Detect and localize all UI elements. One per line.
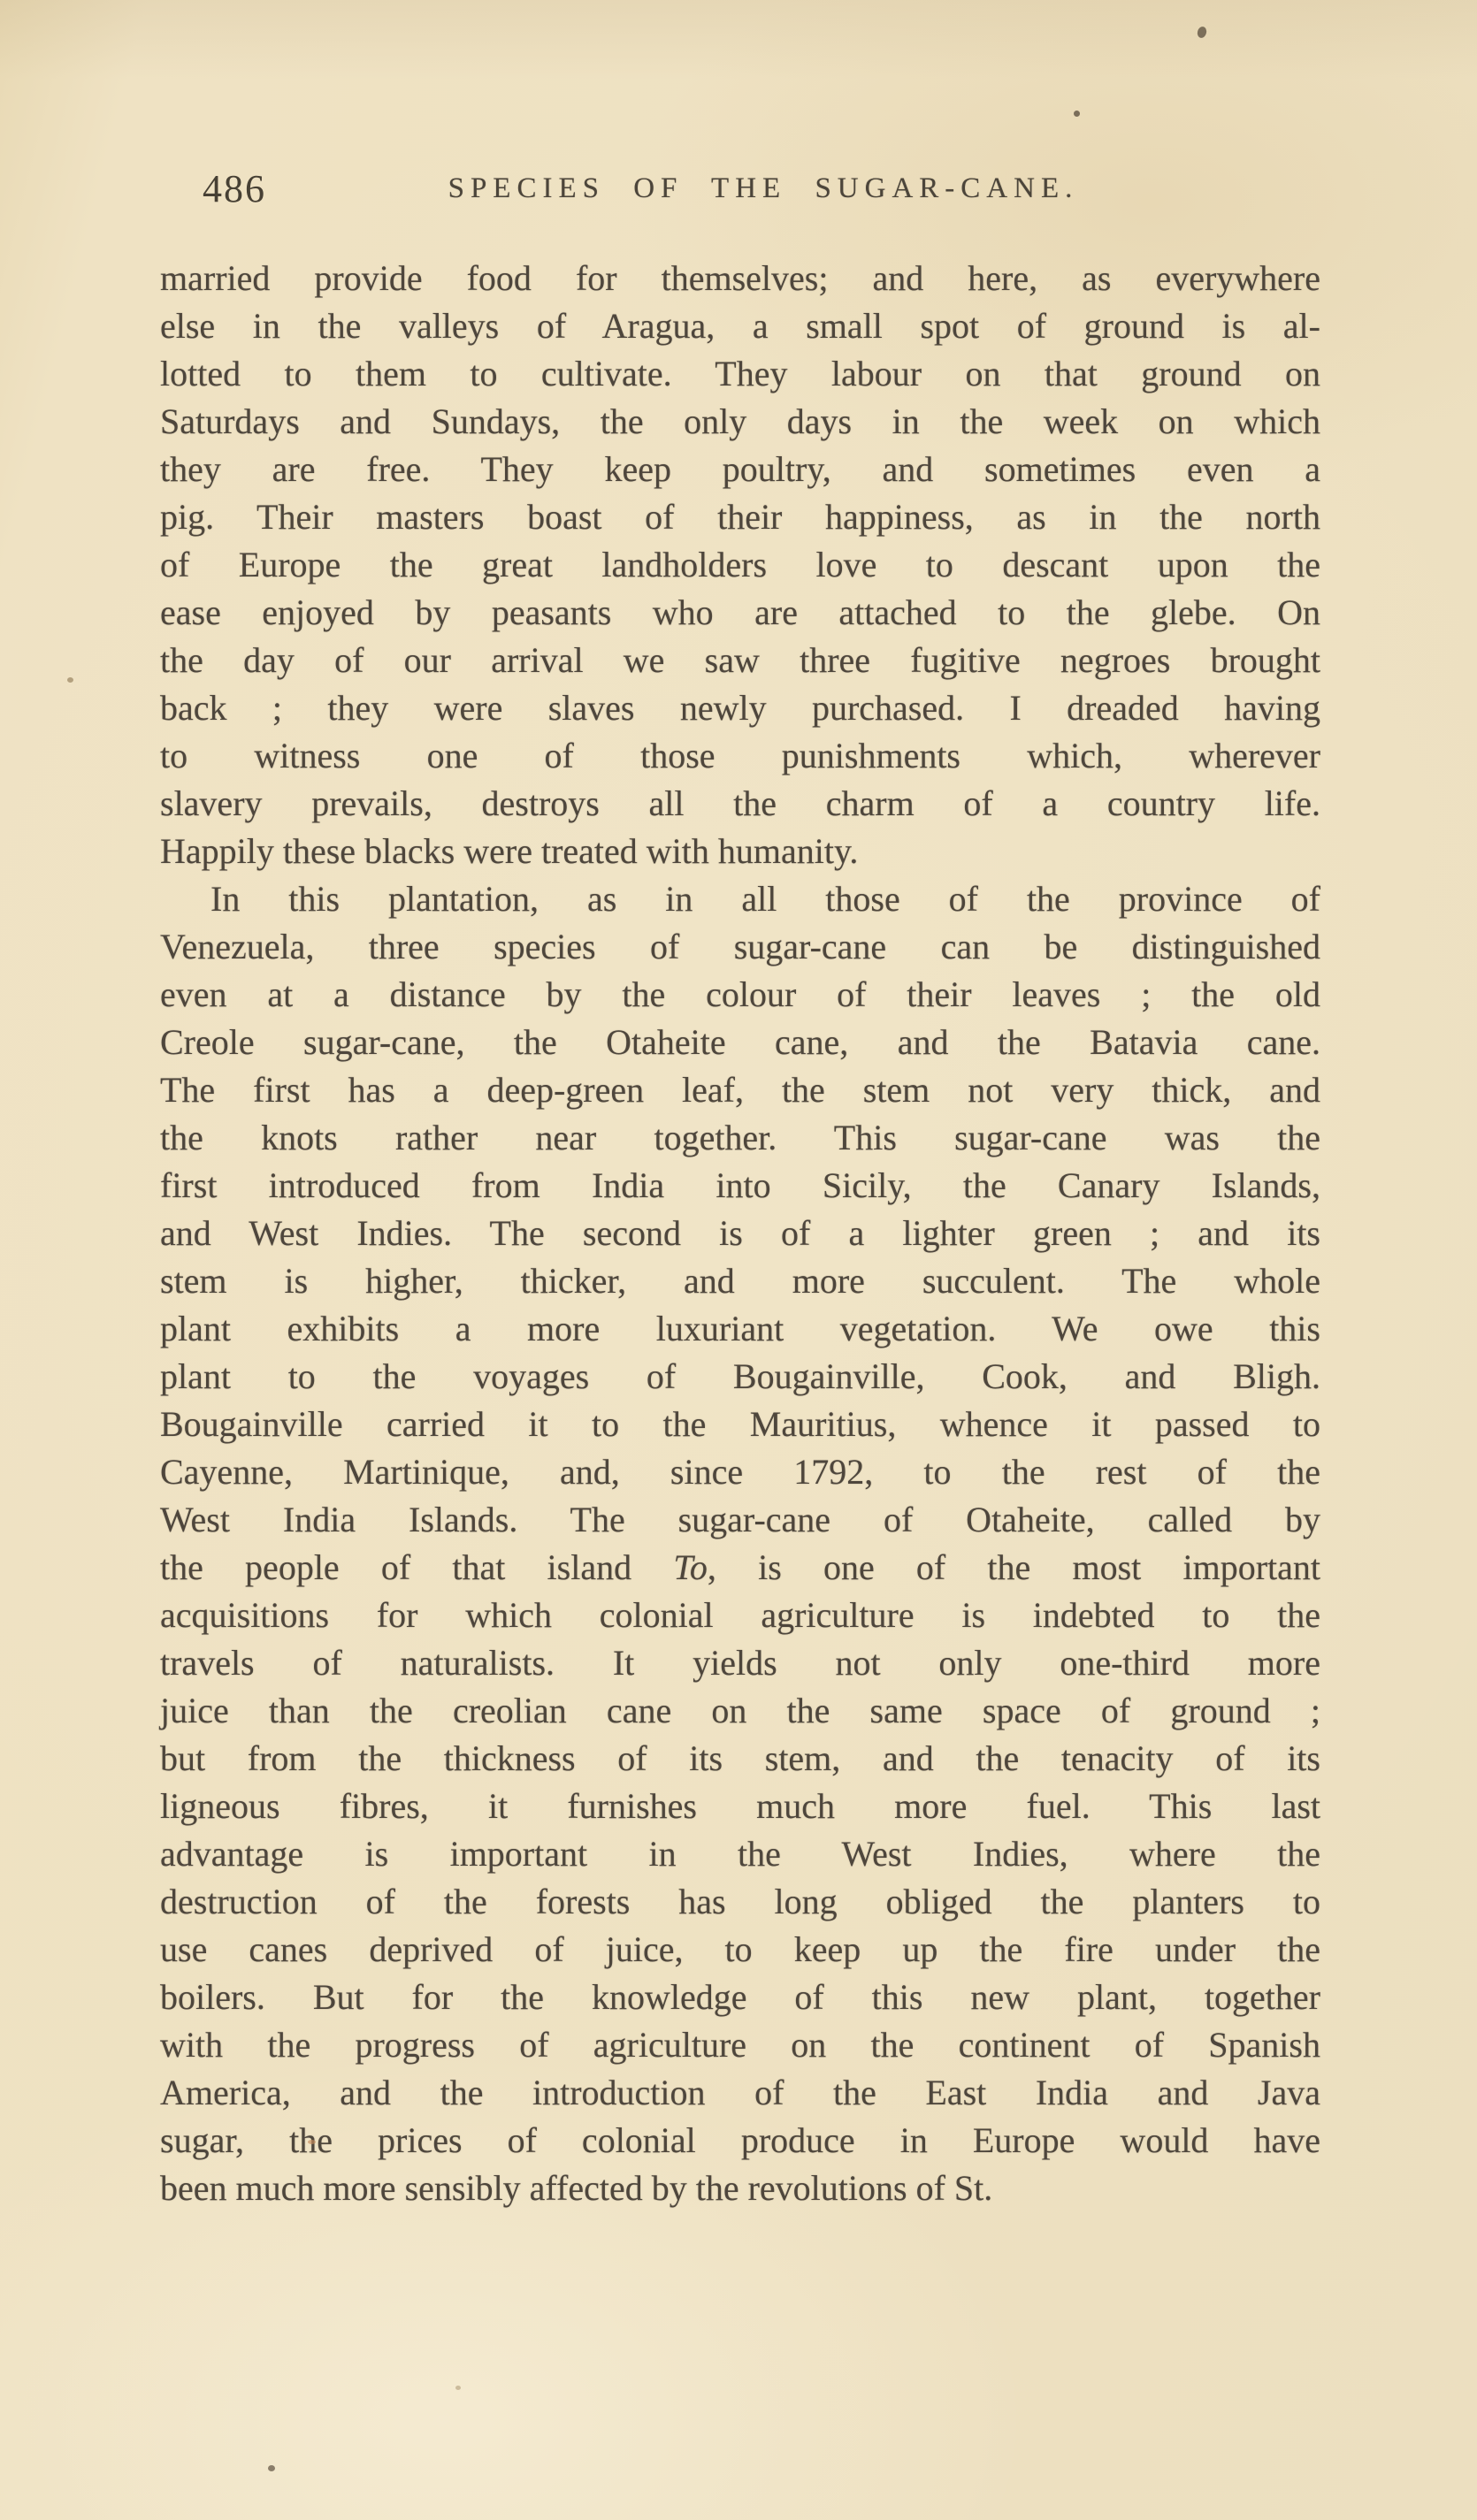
italic-word: To: [673, 1547, 708, 1587]
text-line: America, and the introduction of the Eas…: [160, 2069, 1320, 2117]
text-line: boilers. But for the knowledge of this n…: [160, 1974, 1320, 2021]
paper-speck: [268, 2465, 275, 2471]
text-line: Happily these blacks were treated with h…: [160, 828, 1320, 875]
paragraph: In this plantation, as in all those of t…: [160, 875, 1320, 2212]
text-line: married provide food for themselves; and…: [160, 255, 1320, 302]
text-line: acquisitions for which colonial agricult…: [160, 1592, 1320, 1639]
book-page: 486 SPECIES OF THE SUGAR-CANE. married p…: [0, 0, 1477, 2520]
text-line: Venezuela, three species of sugar-cane c…: [160, 923, 1320, 971]
paper-speck: [455, 2386, 461, 2390]
text-line: West India Islands. The sugar-cane of Ot…: [160, 1496, 1320, 1544]
text-line: travels of naturalists. It yields not on…: [160, 1639, 1320, 1687]
text-line: plant to the voyages of Bougainville, Co…: [160, 1353, 1320, 1401]
paper-speck: [67, 677, 73, 683]
text-line: first introduced from India into Sicily,…: [160, 1162, 1320, 1210]
text-line: to witness one of those punishments whic…: [160, 732, 1320, 780]
text-line: the people of that island To, is one of …: [160, 1544, 1320, 1592]
text-line: plant exhibits a more luxuriant vegetati…: [160, 1305, 1320, 1353]
text-line: they are free. They keep poultry, and so…: [160, 446, 1320, 493]
text-line: even at a distance by the colour of thei…: [160, 971, 1320, 1019]
text-line: Bougainville carried it to the Mauritius…: [160, 1401, 1320, 1448]
paper-speck: [1074, 111, 1080, 117]
text-block: married provide food for themselves; and…: [160, 255, 1320, 2212]
text-line: juice than the creolian cane on the same…: [160, 1687, 1320, 1735]
text-line: ease enjoyed by peasants who are attache…: [160, 589, 1320, 637]
running-header: SPECIES OF THE SUGAR-CANE.: [160, 172, 1320, 205]
paragraph: married provide food for themselves; and…: [160, 255, 1320, 875]
text-line: else in the valleys of Aragua, a small s…: [160, 302, 1320, 350]
text-line: slavery prevails, destroys all the charm…: [160, 780, 1320, 828]
text-line: and West Indies. The second is of a ligh…: [160, 1210, 1320, 1257]
text-line: back ; they were slaves newly purchased.…: [160, 684, 1320, 732]
text-line: pig. Their masters boast of their happin…: [160, 493, 1320, 541]
text-line: the day of our arrival we saw three fugi…: [160, 637, 1320, 684]
text-line: destruction of the forests has long obli…: [160, 1878, 1320, 1926]
text-line: stem is higher, thicker, and more succul…: [160, 1257, 1320, 1305]
text-line: Cayenne, Martinique, and, since 1792, to…: [160, 1448, 1320, 1496]
text-line: sugar, the prices of colonial produce in…: [160, 2117, 1320, 2165]
text-line: In this plantation, as in all those of t…: [160, 875, 1320, 923]
page-header: 486 SPECIES OF THE SUGAR-CANE.: [160, 166, 1320, 219]
text-line: the knots rather near together. This sug…: [160, 1114, 1320, 1162]
text-line: but from the thickness of its stem, and …: [160, 1735, 1320, 1783]
text-line: with the progress of agriculture on the …: [160, 2021, 1320, 2069]
text-line: ligneous fibres, it furnishes much more …: [160, 1783, 1320, 1830]
text-line: use canes deprived of juice, to keep up …: [160, 1926, 1320, 1974]
text-line: Creole sugar-cane, the Otaheite cane, an…: [160, 1019, 1320, 1066]
text-line: The first has a deep-green leaf, the ste…: [160, 1066, 1320, 1114]
text-line: advantage is important in the West Indie…: [160, 1830, 1320, 1878]
text-line: been much more sensibly affected by the …: [160, 2165, 1320, 2212]
paper-speck: [1196, 26, 1207, 39]
text-line: Saturdays and Sundays, the only days in …: [160, 398, 1320, 446]
text-line: lotted to them to cultivate. They labour…: [160, 350, 1320, 398]
text-line: of Europe the great landholders love to …: [160, 541, 1320, 589]
